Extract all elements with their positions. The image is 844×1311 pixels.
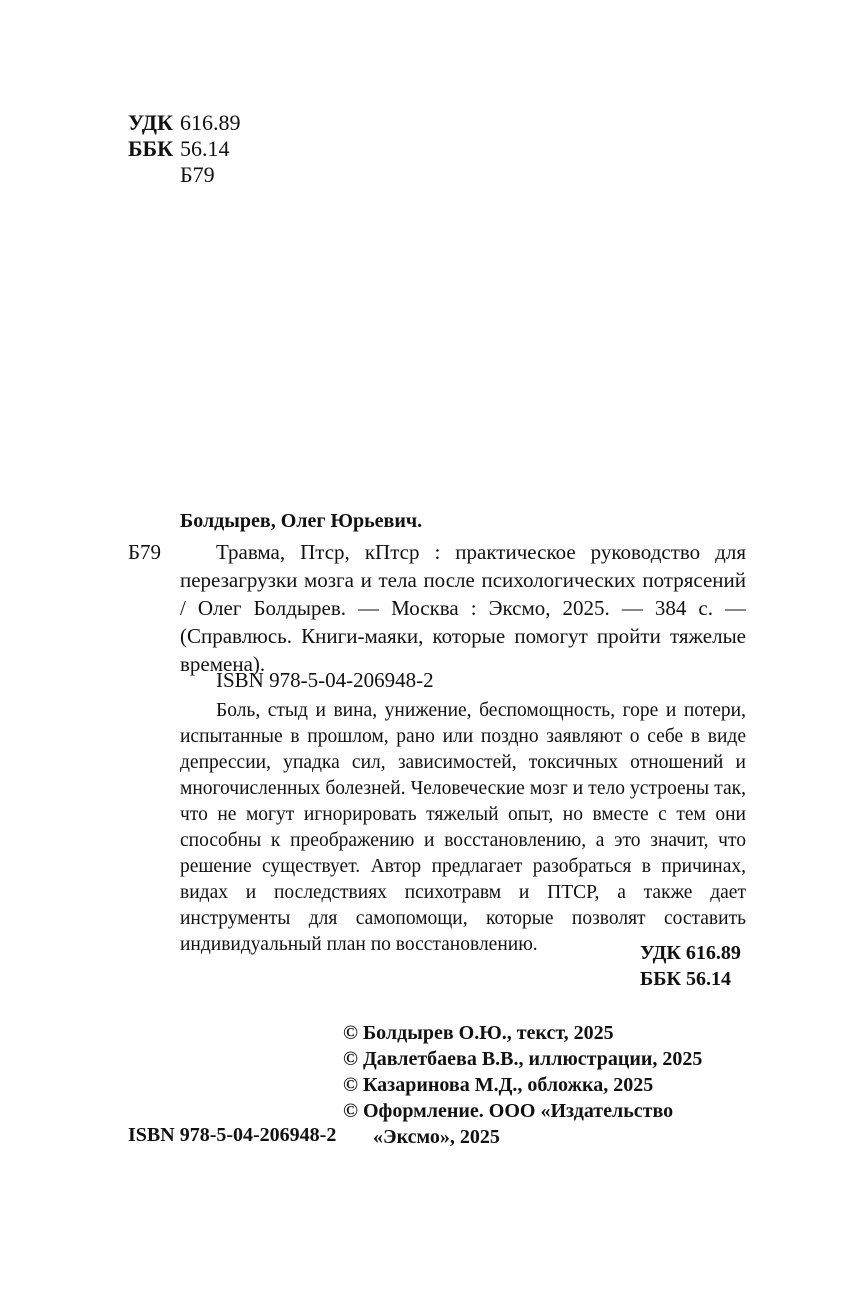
copyright-line: © Оформление. ООО «Издательство [343, 1098, 702, 1124]
bibliographic-description: Травма, Птср, кПтср : практическое руков… [180, 538, 746, 678]
udk-value: 616.89 [180, 110, 241, 136]
copyright-line: © Давлетбаева В.В., иллюстрации, 2025 [343, 1046, 702, 1072]
record-isbn: ISBN 978-5-04-206948-2 [216, 668, 434, 693]
copyright-line: © Казаринова М.Д., обложка, 2025 [343, 1072, 702, 1098]
bbk-code: ББК 56.14 [640, 966, 741, 992]
copyright-line: «Эксмо», 2025 [343, 1124, 702, 1150]
bbk-value: 56.14 [180, 136, 230, 162]
annotation: Боль, стыд и вина, унижение, беспомощнос… [180, 698, 746, 958]
annotation-text: Боль, стыд и вина, унижение, беспомощнос… [180, 698, 746, 958]
udk-label: УДК [128, 110, 180, 136]
udk-code: УДК 616.89 [640, 940, 741, 966]
description-text: Травма, Птср, кПтср : практическое руков… [180, 538, 746, 678]
footer-isbn: ISBN 978-5-04-206948-2 [128, 1124, 336, 1147]
copyright-line: © Болдырев О.Ю., текст, 2025 [343, 1020, 702, 1046]
author-mark: Б79 [180, 162, 215, 188]
classification-codes: УДК 616.89 ББК 56.14 [640, 940, 741, 992]
classification-header: УДК 616.89 ББК 56.14 Б79 [128, 110, 241, 188]
copyright-block: © Болдырев О.Ю., текст, 2025 © Давлетбае… [343, 1020, 702, 1150]
bbk-label: ББК [128, 136, 180, 162]
author-heading: Болдырев, Олег Юрьевич. [180, 510, 422, 533]
record-author-mark: Б79 [128, 540, 161, 565]
